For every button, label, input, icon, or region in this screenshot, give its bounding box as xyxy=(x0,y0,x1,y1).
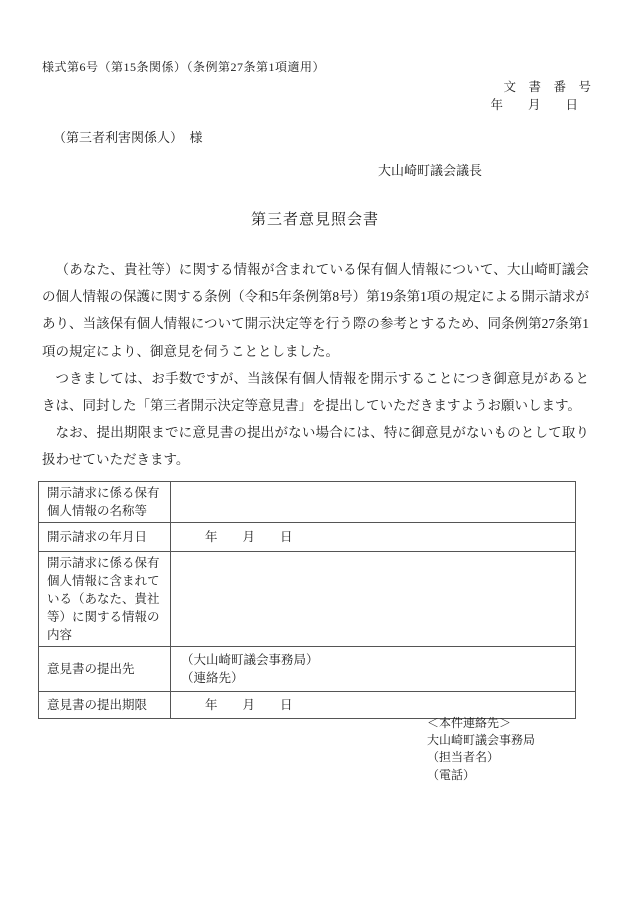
doc-date-label: 年 月 日 xyxy=(490,96,591,114)
paragraph-2: つきましては、お手数ですが、当該保有個人情報を開示することにつき御意見があるとき… xyxy=(42,365,589,419)
paragraph-1: （あなた、貴社等）に関する情報が含まれている保有個人情報について、大山崎町議会の… xyxy=(42,256,589,365)
row-label-info-content: 開示請求に係る保有個人情報に含まれている（あなた、貴社等）に関する情報の内容 xyxy=(39,552,171,647)
table-row-held-info-name: 開示請求に係る保有個人情報の名称等 xyxy=(39,482,576,523)
row-value-held-info-name xyxy=(171,482,576,523)
row-label-held-info-name: 開示請求に係る保有個人情報の名称等 xyxy=(39,482,171,523)
addressee-line: （第三者利害関係人） 様 xyxy=(53,127,203,146)
request-info-table: 開示請求に係る保有個人情報の名称等 開示請求の年月日 年 月 日 開示請求に係る… xyxy=(38,481,576,719)
table-row-request-date: 開示請求の年月日 年 月 日 xyxy=(39,523,576,552)
paragraph-3: なお、提出期限までに意見書の提出がない場合には、特に御意見がないものとして取り扱… xyxy=(42,419,589,473)
submission-destination-line-2: （連絡先） xyxy=(181,669,569,687)
contact-phone: （電話） xyxy=(427,767,535,784)
page-title: 第三者意見照会書 xyxy=(0,208,630,229)
doc-number-block: 文 書 番 号 年 月 日 xyxy=(490,78,591,114)
row-label-submission-destination: 意見書の提出先 xyxy=(39,647,171,692)
contact-header: ＜本件連絡先＞ xyxy=(427,715,535,732)
submission-destination-line-1: （大山崎町議会事務局） xyxy=(181,651,569,669)
row-label-request-date: 開示請求の年月日 xyxy=(39,523,171,552)
body-text: （あなた、貴社等）に関する情報が含まれている保有個人情報について、大山崎町議会の… xyxy=(42,256,589,474)
contact-person: （担当者名） xyxy=(427,749,535,766)
row-label-submission-deadline: 意見書の提出期限 xyxy=(39,692,171,719)
form-number-line: 様式第6号（第15条関係）（条例第27条第1項適用） xyxy=(42,58,325,75)
row-value-submission-destination: （大山崎町議会事務局） （連絡先） xyxy=(171,647,576,692)
table-row-submission-destination: 意見書の提出先 （大山崎町議会事務局） （連絡先） xyxy=(39,647,576,692)
document-page: 様式第6号（第15条関係）（条例第27条第1項適用） 文 書 番 号 年 月 日… xyxy=(0,0,630,903)
contact-block: ＜本件連絡先＞ 大山崎町議会事務局 （担当者名） （電話） xyxy=(427,715,535,784)
doc-number-label: 文 書 番 号 xyxy=(490,78,591,96)
table-row-info-content: 開示請求に係る保有個人情報に含まれている（あなた、貴社等）に関する情報の内容 xyxy=(39,552,576,647)
sender-line: 大山崎町議会議長 xyxy=(378,160,482,179)
row-value-request-date: 年 月 日 xyxy=(171,523,576,552)
contact-office: 大山崎町議会事務局 xyxy=(427,732,535,749)
row-value-info-content xyxy=(171,552,576,647)
